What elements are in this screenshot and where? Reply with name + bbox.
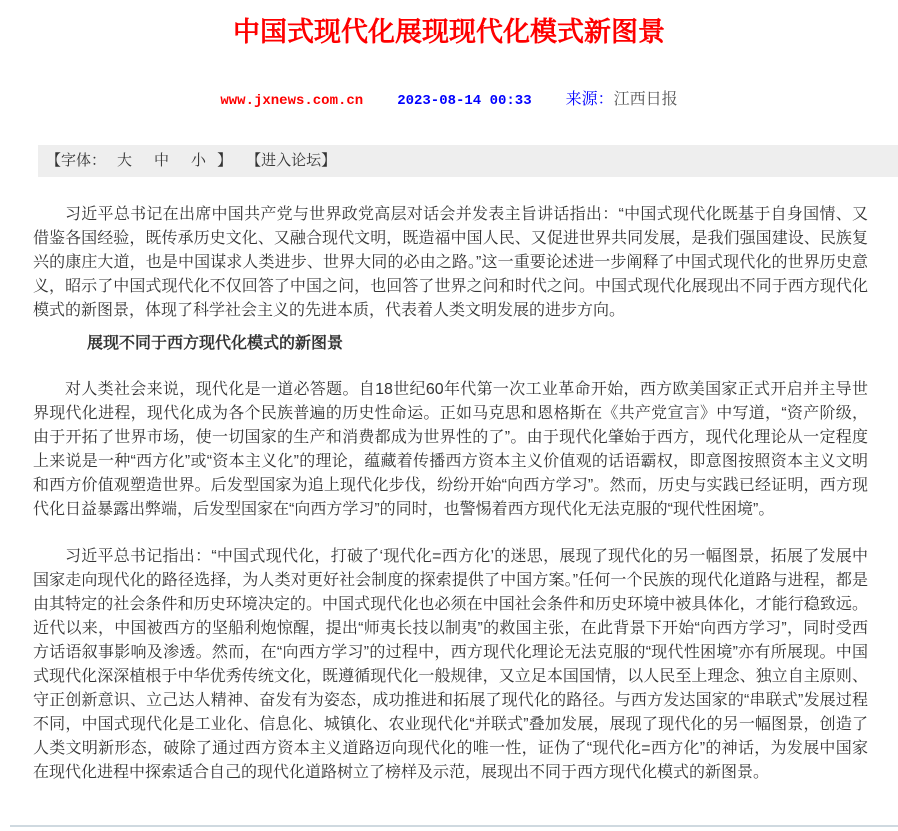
font-size-label-close: 】 — [217, 152, 232, 169]
article-paragraph: 对人类社会来说，现代化是一道必答题。自18世纪60年代第一次工业革命开始，西方欧… — [33, 378, 868, 522]
source-label: 来源： — [566, 91, 614, 108]
article-toolbar: 【字体：大中小】【进入论坛】 — [38, 145, 898, 177]
article-paragraph: 习近平总书记指出：“中国式现代化，打破了‘现代化=西方化’的迷思，展现了现代化的… — [33, 545, 868, 785]
article-paragraph: 习近平总书记在出席中国共产党与世界政党高层对话会并发表主旨讲话指出：“中国式现代… — [33, 203, 868, 323]
font-size-label-open: 【字体： — [46, 152, 106, 169]
article-body: 习近平总书记在出席中国共产党与世界政党高层对话会并发表主旨讲话指出：“中国式现代… — [33, 203, 868, 785]
font-size-large-button[interactable]: 大 — [117, 145, 132, 177]
article-meta-row: www.jxnews.com.cn 2023-08-14 00:33 来源：江西… — [0, 86, 898, 109]
source-info: 来源：江西日报 — [566, 86, 678, 109]
enter-forum-link[interactable]: 【进入论坛】 — [246, 145, 336, 177]
font-size-small-button[interactable]: 小 — [191, 145, 206, 177]
source-name: 江西日报 — [614, 91, 678, 108]
page-title: 中国式现代化展现现代化模式新图景 — [30, 14, 868, 50]
site-url: www.jxnews.com.cn — [220, 93, 363, 109]
font-size-medium-button[interactable]: 中 — [154, 145, 169, 177]
article-subheading: 展现不同于西方现代化模式的新图景 — [33, 332, 868, 356]
publish-datetime: 2023-08-14 00:33 — [397, 93, 531, 109]
section-divider — [10, 825, 898, 827]
